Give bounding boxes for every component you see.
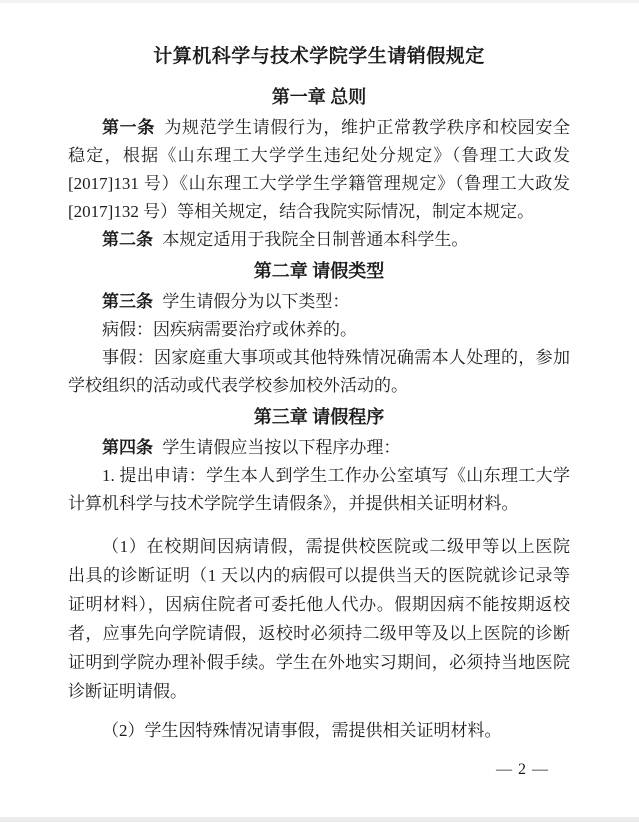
step-1-line-1: 1. 提出申请：学生本人到学生工作办公室填写《山东理工大学 [68, 462, 570, 490]
article-1-line-4: [2017]132 号）等相关规定，结合我院实际情况，制定本规定。 [68, 198, 570, 226]
article-3-label: 第三条 [102, 292, 153, 311]
chapter-2-heading: 第二章 请假类型 [68, 258, 570, 284]
personal-leave-line-2: 学校组织的活动或代表学校参加校外活动的。 [68, 372, 570, 400]
article-4-label: 第四条 [102, 438, 153, 457]
document-content: 计算机科学与技术学院学生请销假规定 第一章 总则 第一条为规范学生请假行为，维护… [0, 42, 639, 745]
article-2-label: 第二条 [102, 230, 153, 249]
document-title: 计算机科学与技术学院学生请销假规定 [68, 42, 570, 72]
page-top-edge [0, 0, 639, 3]
item-1-line-6: 诊断证明请假。 [68, 677, 570, 706]
chapter-3-heading: 第三章 请假程序 [68, 404, 570, 430]
sick-leave-line-1: 病假：因疾病需要治疗或休养的。 [68, 316, 570, 344]
item-1-line-3: 证明材料），因病住院者可委托他人代办。假期因病不能按期返校 [68, 590, 570, 619]
item-1-line-4: 者，应事先向学院请假，返校时必须持二级甲等及以上医院的诊断 [68, 619, 570, 648]
step-1-line-2: 计算机科学与技术学院学生请假条》，并提供相关证明材料。 [68, 490, 570, 518]
page-number: — 2 — [496, 760, 549, 780]
article-1-line-3: [2017]131 号）《山东理工大学学生学籍管理规定》（鲁理工大政发 [68, 170, 570, 198]
item-1-line-2: 出具的诊断证明（1 天以内的病假可以提供当天的医院就诊记录等 [68, 561, 570, 590]
item-2-line-1: （2）学生因特殊情况请事假，需提供相关证明材料。 [68, 716, 570, 745]
chapter-1-heading: 第一章 总则 [68, 84, 570, 110]
personal-leave-line-1: 事假：因家庭重大事项或其他特殊情况确需本人处理的，参加 [68, 344, 570, 372]
article-1-line-1: 第一条为规范学生请假行为，维护正常教学秩序和校园安全 [68, 114, 570, 142]
article-4-text-1: 学生请假应当按以下程序办理： [162, 438, 400, 457]
item-1-line-1: （1）在校期间因病请假，需提供校医院或二级甲等以上医院 [68, 532, 570, 561]
article-1-label: 第一条 [102, 118, 155, 137]
article-3-line-1: 第三条学生请假分为以下类型： [68, 288, 570, 316]
article-4-line-1: 第四条学生请假应当按以下程序办理： [68, 434, 570, 462]
article-1-line-2: 稳定，根据《山东理工大学学生违纪处分规定》（鲁理工大政发 [68, 142, 570, 170]
article-2-line-1: 第二条本规定适用于我院全日制普通本科学生。 [68, 226, 570, 254]
article-1-text-1: 为规范学生请假行为，维护正常教学秩序和校园安全 [164, 118, 570, 137]
article-2-text-1: 本规定适用于我院全日制普通本科学生。 [162, 230, 468, 249]
item-1-line-5: 证明到学院办理补假手续。学生在外地实习期间，必须持当地医院 [68, 648, 570, 677]
article-3-text-1: 学生请假分为以下类型： [162, 292, 349, 311]
page-bottom-edge [0, 817, 639, 822]
document-page: 计算机科学与技术学院学生请销假规定 第一章 总则 第一条为规范学生请假行为，维护… [0, 0, 639, 822]
